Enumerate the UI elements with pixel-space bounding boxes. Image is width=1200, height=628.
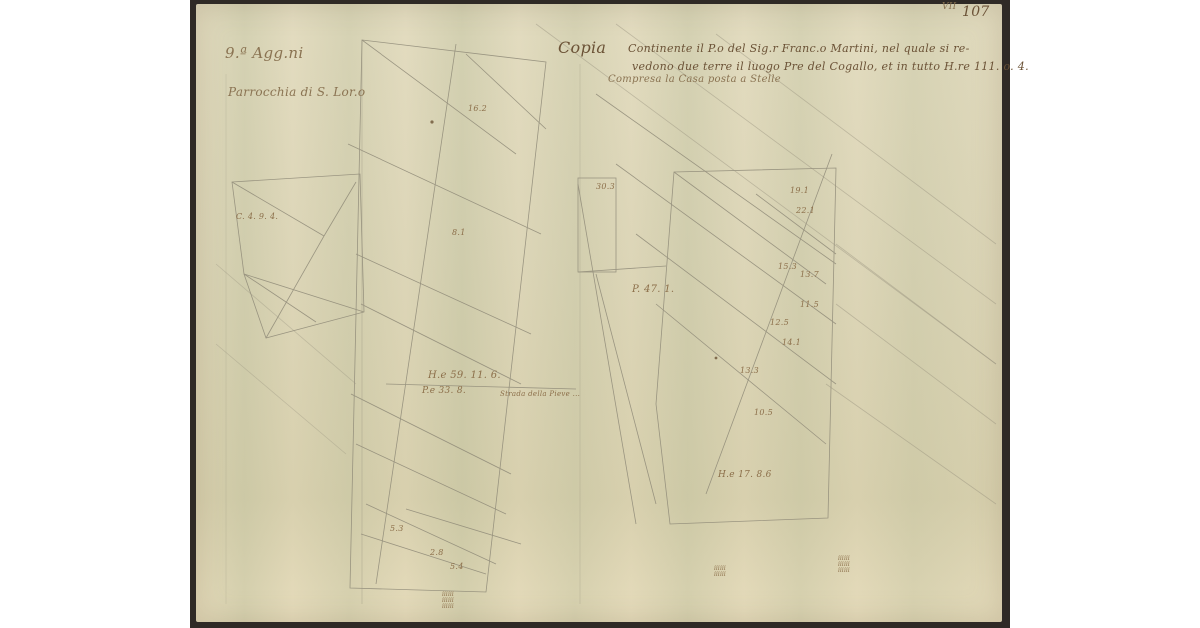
header-left-line1: 9.ª Agg.ni [225, 44, 303, 62]
bottom-left-stamp: ⅲⅲⅲⅲⅲⅲ [442, 592, 454, 610]
road-label: Strada della Pieve ... [500, 390, 580, 398]
central-parcel-outline [350, 40, 546, 592]
title-prefix: Copia [558, 38, 606, 57]
title-line-3: Compresa la Casa posta a Stelle [608, 74, 781, 85]
left-parcel-outline [232, 174, 364, 338]
right-center-label: P. 47. 1. [632, 284, 674, 295]
left-parcel-label: C. 4. 9. 4. [236, 212, 278, 221]
lower-right-label: H.e 17. 8.6 [718, 470, 772, 480]
small-rect-label: 30.3 [596, 182, 615, 191]
measure-mark: 15.3 [778, 262, 797, 271]
bottom-right-stamp: ⅲⅲⅲⅲⅲⅲ [838, 556, 850, 574]
measure-mark: 19.1 [790, 186, 809, 195]
title-line-1: Continente il P.o del Sig.r Franc.o Mart… [628, 42, 970, 55]
bottom-center-stamp: ⅲⅲⅲⅲ [714, 566, 726, 578]
measure-mark: 5.4 [450, 562, 464, 571]
small-rect-parcel [578, 178, 616, 272]
center-label-1: H.e 59. 11. 6. [428, 370, 501, 381]
center-label-2: P.e 33. 8. [422, 386, 466, 396]
measure-mark: 8.1 [452, 228, 466, 237]
measure-mark: 13.7 [800, 270, 819, 279]
measure-mark: 10.5 [754, 408, 773, 417]
header-left-line2: Parrocchia di S. Lor.o [228, 85, 365, 99]
measure-mark: 14.1 [782, 338, 801, 347]
measure-mark: 5.3 [390, 524, 404, 533]
measure-mark: 22.1 [796, 206, 815, 215]
measure-mark: 2.8 [430, 548, 444, 557]
measure-mark: 13.3 [740, 366, 759, 375]
title-line-2: vedono due terre il luogo Pre del Cogall… [632, 60, 1029, 73]
measure-mark: 11.5 [800, 300, 819, 309]
page-number-roman: VII [942, 2, 957, 12]
page-number: 107 [962, 4, 990, 20]
measure-mark: 16.2 [468, 104, 487, 113]
measure-mark: 12.5 [770, 318, 789, 327]
